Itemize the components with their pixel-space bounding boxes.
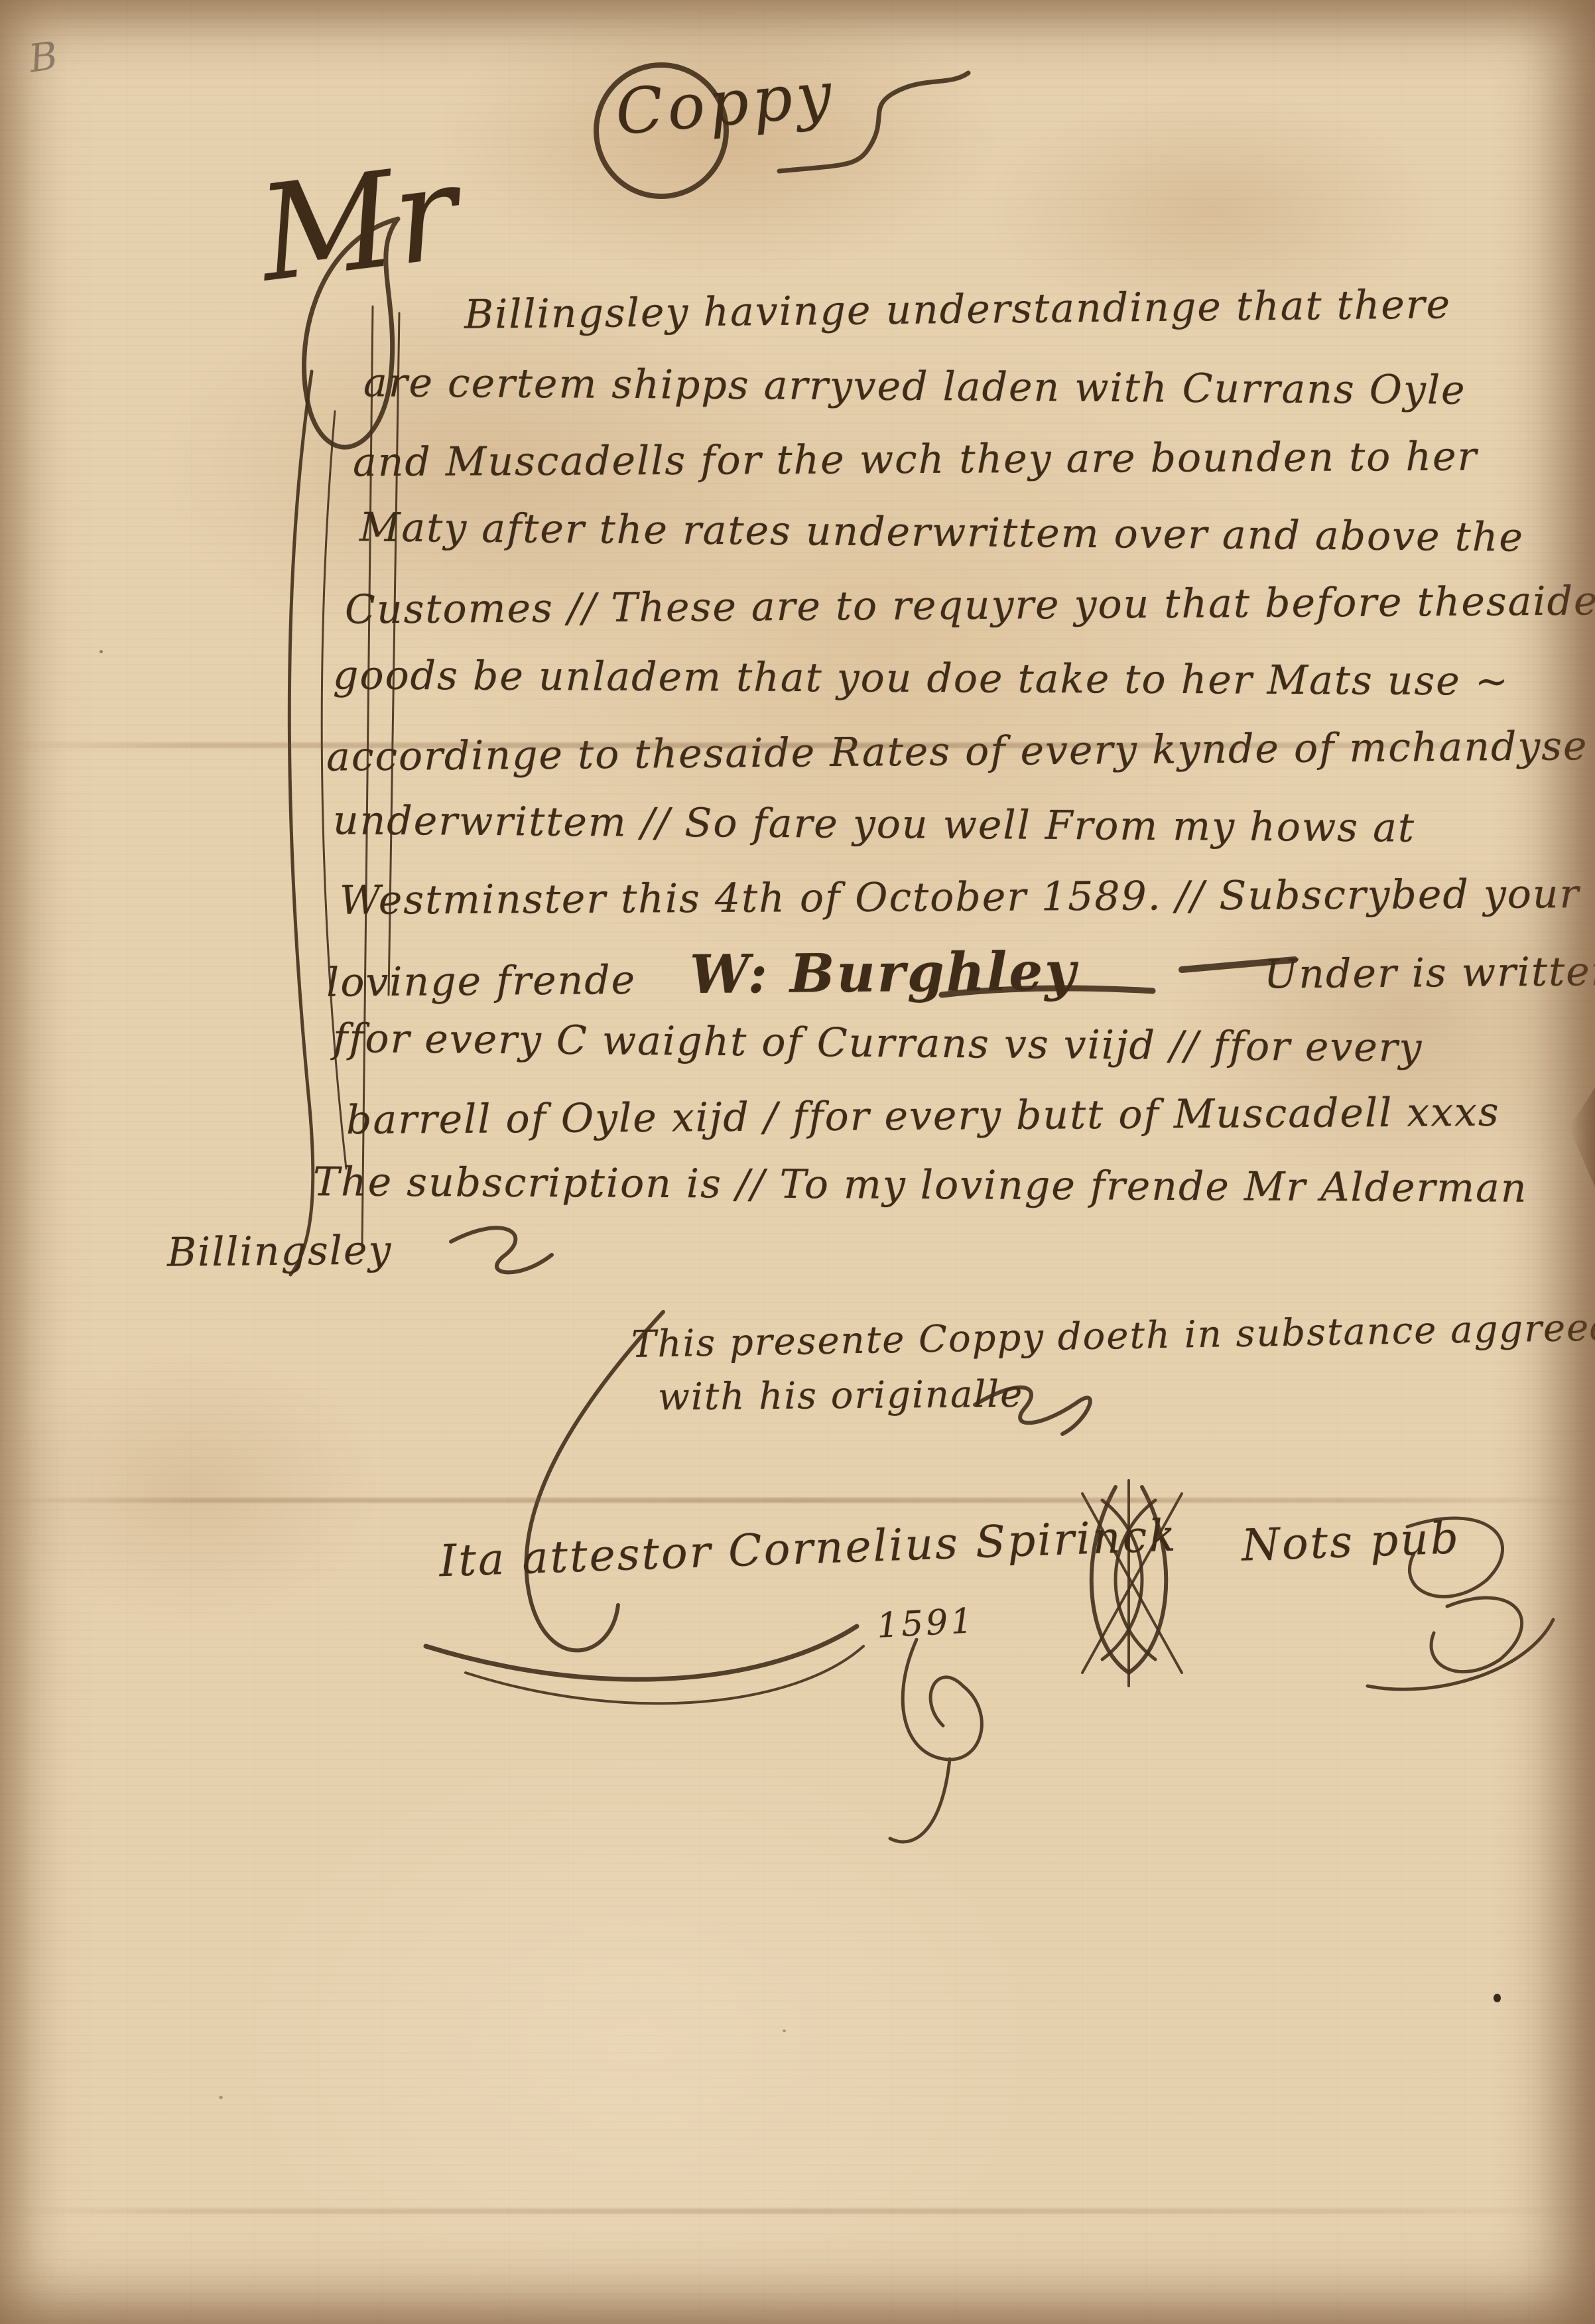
manuscript-line: ffor every C waight of Currans vs viijd …	[333, 1015, 1423, 1071]
opening-initial: Mr	[253, 147, 464, 301]
ink-speck	[219, 2096, 223, 2099]
signature-prefix: lovinge frende	[326, 957, 637, 1006]
copy-attestation-line: This presente Coppy doeth in substance a…	[631, 1306, 1595, 1366]
billingsley-squiggle	[451, 1228, 552, 1272]
manuscript-line: Maty after the rates underwrittem over a…	[359, 504, 1524, 560]
manuscript-line: The subscription is // To my lovinge fre…	[313, 1159, 1528, 1212]
manuscript-line: and Muscadells for the wch they are boun…	[353, 434, 1478, 486]
ink-speck	[99, 650, 103, 653]
manuscript-line: goods be unladem that you doe take to he…	[333, 652, 1509, 704]
notary-title: Nots pub	[1241, 1512, 1461, 1571]
notary-year: 1591	[876, 1601, 976, 1646]
manuscript-line: Billingsley havinge understandinge that …	[464, 281, 1452, 338]
manuscript-line: Westminster this 4th of October 1589. //…	[340, 871, 1580, 924]
after-signature-note: Under is writtem //	[1263, 948, 1595, 998]
manuscript-line: Billingsley	[167, 1227, 393, 1276]
manuscript-page: B Coppy Mr Billingsley havinge understan…	[0, 0, 1595, 2324]
notary-attestation: Ita attestor Cornelius Spirinck	[438, 1510, 1179, 1587]
notary-under-stroke-1	[426, 1626, 857, 1679]
notary-under-stroke-2	[466, 1646, 863, 1703]
manuscript-line: Customes // These are to requyre you tha…	[345, 578, 1595, 633]
copy-attestation-line: with his originalle	[658, 1373, 1024, 1419]
archival-mark: B	[26, 32, 60, 81]
ink-spot	[1494, 1994, 1501, 2002]
year-loop-flourish	[890, 1640, 982, 1842]
fold-crease	[0, 2209, 1595, 2214]
manuscript-line: barrell of Oyle xijd / ffor every butt o…	[346, 1089, 1500, 1143]
margin-descender-flourish-1	[289, 371, 313, 1275]
manuscript-line: underwrittem // So fare you well From my…	[333, 797, 1415, 851]
fold-crease	[0, 1498, 1595, 1503]
manuscript-line: accordinge to thesaide Rates of every ky…	[326, 722, 1595, 780]
ink-speck	[783, 2030, 786, 2032]
torn-edge	[1564, 1088, 1595, 1187]
signature-line: lovinge frende W: Burghley Under is writ…	[326, 935, 1595, 1009]
burghley-signature: W: Burghley	[690, 940, 1078, 1005]
document-heading: Coppy	[613, 58, 838, 150]
heading-text: Coppy	[613, 58, 838, 150]
manuscript-line: are certem shipps arryved laden with Cur…	[363, 359, 1466, 414]
